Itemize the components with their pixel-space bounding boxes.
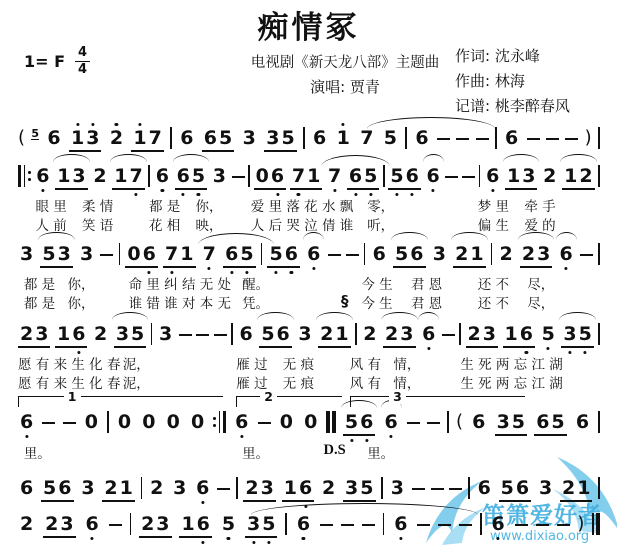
lyric: 雁 过 — [236, 353, 267, 373]
octave-dot-below — [432, 189, 435, 192]
parenthesis: ) — [585, 126, 592, 150]
barline — [364, 243, 366, 265]
note-token: 5 — [382, 126, 399, 150]
duration-dash — [456, 138, 469, 140]
note-token: 23 — [18, 322, 50, 348]
score-system-2: 61321766530671765566613212眼 里柔 情都 是你，爱 里… — [18, 164, 600, 190]
octave-dot-below — [252, 541, 255, 544]
barline — [598, 323, 600, 345]
time-signature-denominator: 4 — [75, 62, 90, 77]
note-token: 23 — [43, 512, 75, 538]
note-token: 2 — [92, 322, 109, 346]
duration-dash — [565, 138, 578, 140]
note-token: 13 — [55, 164, 87, 190]
duration-dash — [320, 524, 333, 526]
note-token: 65 — [534, 410, 566, 436]
note-token: 7 — [326, 164, 343, 188]
note-token: 3 — [157, 322, 174, 346]
note-token: 6 — [45, 126, 62, 150]
barline — [236, 477, 238, 499]
lyric: 你， — [67, 292, 94, 312]
note-token: 3 — [79, 476, 96, 500]
duration-dash — [459, 524, 472, 526]
octave-dot-above — [115, 123, 118, 126]
duration-dash — [580, 254, 593, 256]
barline — [598, 165, 600, 187]
score-system-1: (5613217665335617566) — [18, 126, 600, 152]
note-token: 35 — [495, 410, 527, 436]
barline — [598, 127, 600, 149]
note-token: 21 — [453, 242, 485, 268]
lyric: 生 死 两 忘 江 湖 — [460, 372, 562, 392]
octave-dot-below — [201, 501, 204, 504]
note-token: 35 — [114, 322, 146, 348]
barline — [170, 127, 172, 149]
note-token: 6 — [305, 242, 322, 266]
octave-dot-above — [342, 123, 345, 126]
barline — [383, 165, 385, 187]
note-token: 56 — [388, 164, 420, 190]
note-token: 6 — [476, 476, 493, 500]
note-token: 6 — [233, 410, 250, 434]
duration-dash — [536, 524, 549, 526]
note-token: 23 — [243, 476, 275, 502]
lyric: 君 恩 — [411, 273, 442, 293]
note-token: 6 — [34, 164, 51, 188]
key-time-signature: 1= F 4 4 — [24, 46, 90, 76]
notes-row: 61321766530671765566613212 — [18, 164, 600, 190]
notes-row: 353306717655666563212236 — [18, 242, 600, 268]
note-token: 6 — [383, 410, 400, 434]
note-token: 6 — [154, 164, 171, 188]
duration-dash — [179, 334, 192, 336]
duration-dash — [431, 488, 444, 490]
note-token: 53 — [40, 242, 72, 268]
note-token: 65 — [347, 164, 379, 190]
barline — [148, 165, 150, 187]
octave-dot-below — [312, 267, 315, 270]
octave-dot-below — [565, 267, 568, 270]
note-token: 5 — [220, 512, 237, 536]
volta-number: 2 — [260, 389, 277, 404]
lyric: 醒。 — [242, 273, 269, 293]
barline — [447, 411, 449, 433]
duration-dash — [214, 334, 227, 336]
duration-dash — [407, 422, 420, 424]
note-token: 6 — [295, 512, 312, 536]
lyric: 生 死 两 忘 江 湖 — [460, 353, 562, 373]
lyric: 里。 — [242, 442, 269, 462]
duration-dash — [417, 524, 430, 526]
note-token: 0 — [83, 410, 100, 434]
duration-dash — [412, 488, 425, 490]
lyric: 无 痕 — [283, 353, 314, 373]
lyric: 映， — [196, 214, 223, 234]
double-barline — [326, 411, 335, 433]
lyric: 人 后 哭 泣 倩 谁 — [251, 214, 353, 234]
octave-dot-below — [491, 189, 494, 192]
note-token: 56 — [259, 322, 291, 348]
volta-number: 1 — [64, 389, 81, 404]
note-token: 35 — [264, 126, 296, 152]
octave-dot-below — [497, 537, 500, 540]
duration-dash — [437, 138, 450, 140]
slur-arc — [198, 233, 274, 245]
barline — [491, 243, 493, 265]
note-token: 6 — [371, 242, 388, 266]
note-token: 21 — [102, 476, 134, 502]
octave-dot-below — [240, 435, 243, 438]
notes-row: 22362316535666) — [18, 512, 600, 538]
lyric: 人 前 — [35, 214, 66, 234]
note-token: 06 — [254, 164, 286, 190]
note-token: 2 — [361, 322, 378, 346]
note-token: 6 — [490, 512, 507, 536]
barline — [479, 165, 481, 187]
note-token: 21 — [318, 322, 350, 348]
sheet-music-page: 痴情冢 1= F 4 4 电视剧《新天龙八部》主题曲 演唱: 贾青 作词: 沈永… — [0, 0, 617, 559]
time-signature-numerator: 4 — [75, 46, 90, 62]
barline — [231, 323, 233, 345]
octave-dot-above — [91, 123, 94, 126]
lyric: 里。 — [367, 442, 394, 462]
lyric: 尽， — [527, 292, 554, 312]
lyric: 牵 手 — [524, 195, 555, 215]
note-token: 6 — [558, 242, 575, 266]
octave-dot-below — [390, 435, 393, 438]
octave-dot-below — [25, 435, 28, 438]
lyric: 都 是 — [24, 292, 55, 312]
note-token: 56 — [41, 476, 73, 502]
slur-arc — [251, 503, 478, 515]
octave-dot-below — [333, 189, 336, 192]
note-token: 6 — [413, 126, 430, 150]
lyric: 君 恩 — [411, 292, 442, 312]
lyric: 还 不 — [478, 273, 509, 293]
lyric-row-2: 愿 有 来 生 化 春泥，雁 过无 痕风 有情，生 死 两 忘 江 湖 — [18, 372, 600, 390]
lyricist-credit: 作词: 沈永峰 — [455, 44, 570, 69]
score-system-7: 22362316535666) — [18, 512, 600, 538]
lyric: 偏 生 — [478, 214, 509, 234]
notes-row: 600000600566(635656123 — [18, 410, 600, 436]
notation-credit: 记谱: 桃李醉春风 — [455, 94, 570, 119]
lyric: 今 生 — [361, 292, 392, 312]
note-token: 0 — [278, 410, 295, 434]
duration-dash — [442, 334, 455, 336]
score-system-3: 353306717655666563212236都 是你，命 里 纠 结 无 处… — [18, 242, 600, 268]
barline — [598, 411, 600, 433]
credits-block: 作词: 沈永峰 作曲: 林海 记谱: 桃李醉春风 — [455, 44, 570, 119]
note-token: 21 — [560, 476, 592, 502]
barline — [383, 513, 385, 535]
note-token: 2 — [148, 476, 165, 500]
duration-dash — [438, 524, 451, 526]
lyric: 风 有 — [350, 353, 381, 373]
note-token: 3 — [18, 242, 35, 266]
lyric: 里。 — [24, 442, 51, 462]
octave-dot-below — [399, 537, 402, 540]
note-token: 23 — [139, 512, 171, 538]
note-token: 6 — [484, 164, 501, 188]
note-token: 2 — [320, 476, 337, 500]
lyric: 柔 情 — [82, 195, 113, 215]
lyric: 凭。 — [242, 292, 269, 312]
note-token: 17 — [112, 164, 144, 190]
duration-dash — [63, 422, 76, 424]
parenthesis: ) — [577, 512, 584, 536]
lyric: 还 不 — [478, 292, 509, 312]
note-token: 56 — [499, 476, 531, 502]
note-token: 6 — [392, 512, 409, 536]
repeat-end-barline — [213, 411, 226, 433]
score-system-4: 2316235365632122362316535愿 有 来 生 化 春泥，雁 … — [18, 322, 600, 348]
lyric-row-1: 都 是你，命 里 纠 结 无 处醒。今 生君 恩还 不尽， — [18, 273, 600, 291]
lyric: 梦 里 — [478, 195, 509, 215]
barline — [598, 477, 600, 499]
final-barline — [592, 513, 599, 535]
duration-dash — [449, 488, 462, 490]
barline — [285, 513, 287, 535]
duration-dash — [427, 422, 440, 424]
note-token: 06 — [125, 242, 157, 268]
lyric: 泥， — [123, 372, 150, 392]
duration-dash — [196, 334, 209, 336]
note-token: 3 — [78, 242, 95, 266]
lyric: 无 痕 — [283, 372, 314, 392]
note-token: 6 — [574, 410, 591, 434]
lyric: 爱 的 — [524, 214, 555, 234]
notes-row: 65632123623162353656321 — [18, 476, 600, 502]
note-token: 71 — [163, 242, 195, 268]
lyric: 你， — [67, 273, 94, 293]
octave-dot-below — [267, 541, 270, 544]
note-token: 65 — [223, 242, 255, 268]
note-token: 3 — [211, 164, 228, 188]
barline — [598, 243, 600, 265]
note-token: 2 — [91, 164, 108, 188]
lyric: 零， — [367, 195, 394, 215]
note-token: 23 — [466, 322, 498, 348]
lyric: 今 生 — [361, 273, 392, 293]
lyric: 愿 有 来 生 化 春 — [18, 353, 120, 373]
barline — [151, 323, 153, 345]
note-token: 0 — [165, 410, 182, 434]
duration-dash — [546, 138, 559, 140]
barline — [130, 513, 132, 535]
key-signature: 1= F — [24, 52, 65, 71]
note-token: 2 — [18, 512, 35, 536]
duration-dash — [109, 524, 122, 526]
lyric: 笑 语 — [82, 214, 113, 234]
barline — [261, 243, 263, 265]
lyric: § — [341, 292, 349, 310]
singer-credit: 演唱: 贾青 — [225, 76, 465, 97]
barline — [495, 127, 497, 149]
subtitle: 电视剧《新天龙八部》主题曲 — [225, 51, 465, 72]
note-token: 6 — [194, 476, 211, 500]
barline — [381, 477, 383, 499]
duration-dash — [217, 488, 230, 490]
barline — [468, 477, 470, 499]
barline — [303, 127, 305, 149]
barline — [355, 323, 357, 345]
octave-dot-below — [227, 537, 230, 540]
note-token: 13 — [505, 164, 537, 190]
score-system-6: 65632123623162353656321 — [18, 476, 600, 502]
duration-dash — [258, 422, 271, 424]
note-token: 1 — [335, 126, 352, 150]
note-token: 0 — [116, 410, 133, 434]
lyric: 都 是 — [24, 273, 55, 293]
note-token: 0 — [189, 410, 206, 434]
note-token: 3 — [241, 126, 258, 150]
lyric: 爱 里 落 花 水 飘 — [251, 195, 353, 215]
note-token: 23 — [520, 242, 552, 268]
duration-dash — [232, 176, 245, 178]
duration-dash — [328, 254, 341, 256]
note-token: 13 — [69, 126, 101, 152]
lyric: 风 有 — [350, 372, 381, 392]
note-token: 6 — [178, 126, 195, 150]
note-token: 2 — [498, 242, 515, 266]
duration-dash — [557, 524, 570, 526]
note-token: 6 — [238, 322, 255, 346]
barline — [405, 127, 407, 149]
note-token: 6 — [470, 410, 487, 434]
note-token: 56 — [343, 410, 375, 436]
repeat-start-barline — [18, 165, 31, 187]
duration-dash — [341, 524, 354, 526]
lyric: 尽， — [527, 273, 554, 293]
note-token: 3 — [296, 322, 313, 346]
duration-dash — [462, 176, 475, 178]
lyric: 都 是 — [149, 195, 180, 215]
duration-dash — [476, 138, 489, 140]
note-token: 65 — [202, 126, 234, 152]
duration-dash — [527, 138, 540, 140]
note-token: 3 — [171, 476, 188, 500]
volta-number: 3 — [389, 389, 406, 404]
duration-dash — [346, 254, 359, 256]
note-token: 7 — [358, 126, 375, 150]
octave-dot-below — [91, 537, 94, 540]
note-token: 65 — [175, 164, 207, 190]
duration-dash — [362, 524, 375, 526]
time-signature: 4 4 — [75, 46, 90, 76]
composer-credit: 作曲: 林海 — [455, 69, 570, 94]
note-token: 2 — [541, 164, 558, 188]
lyric: 谁 错 谁 对 本 无 — [129, 292, 231, 312]
note-token: 6 — [420, 322, 437, 346]
note-token: 35 — [343, 476, 375, 502]
note-token: 35 — [245, 512, 277, 538]
note-token: 6 — [84, 512, 101, 536]
duration-dash — [445, 176, 458, 178]
octave-dot-below — [202, 541, 205, 544]
note-token: 16 — [503, 322, 535, 348]
lyric-row-2: 人 前笑 语花 相映，人 后 哭 泣 倩 谁听，偏 生爱 的 — [18, 214, 600, 232]
note-token: 23 — [383, 322, 415, 348]
note-token: 7 — [201, 242, 218, 266]
notes-row: 2316235365632122362316535 — [18, 322, 600, 348]
note-token: 16 — [55, 322, 87, 348]
grace-note: 5 — [31, 128, 39, 140]
lyric: 花 相 — [149, 214, 180, 234]
octave-dot-below — [547, 347, 550, 350]
lyric: 眼 里 — [35, 195, 66, 215]
octave-dot-below — [427, 347, 430, 350]
duration-dash — [100, 254, 113, 256]
note-token: 0 — [140, 410, 157, 434]
duration-dash — [42, 422, 55, 424]
note-token: 12 — [562, 164, 594, 190]
octave-dot-below — [208, 267, 211, 270]
barline — [107, 411, 109, 433]
note-token: 3 — [389, 476, 406, 500]
score-system-5: 600000600566(635656123里。里。D.S里。 — [18, 410, 600, 436]
slur-arc — [321, 155, 391, 167]
note-token: 2 — [108, 126, 125, 150]
lyric: 命 里 纠 结 无 处 — [129, 273, 231, 293]
note-token: 5 — [540, 322, 557, 346]
note-token: 6 — [18, 410, 35, 434]
octave-dot-below — [302, 537, 305, 540]
barline — [141, 477, 143, 499]
note-token: 16 — [179, 512, 211, 538]
lyric: 情， — [393, 353, 420, 373]
duration-dash — [515, 524, 528, 526]
lyric: 你， — [196, 195, 223, 215]
octave-dot-above — [138, 123, 141, 126]
note-token: 56 — [267, 242, 299, 268]
note-token: 35 — [561, 322, 593, 348]
note-token: 6 — [18, 476, 35, 500]
note-token: 6 — [503, 126, 520, 150]
octave-dot-above — [76, 123, 79, 126]
lyric: 泥， — [123, 353, 150, 373]
song-title: 痴情冢 — [0, 2, 617, 47]
barline — [459, 323, 461, 345]
note-token: 6 — [425, 164, 442, 188]
parenthesis: ( — [456, 410, 463, 434]
volta-bracket-2: 2 — [236, 396, 342, 407]
parenthesis: ( — [18, 126, 25, 150]
note-token: 3 — [537, 476, 554, 500]
volta-bracket-3: 3 — [350, 396, 526, 407]
volta-bracket-1: 1 — [18, 396, 223, 407]
note-token: 0 — [302, 410, 319, 434]
notes-row: (5613217665335617566) — [18, 126, 600, 152]
lyric-row-1: 里。里。D.S里。 — [18, 442, 600, 460]
octave-dot-below — [161, 189, 164, 192]
lyric-row-1: 愿 有 来 生 化 春泥，雁 过无 痕风 有情，生 死 两 忘 江 湖 — [18, 353, 600, 371]
note-token: 71 — [290, 164, 322, 190]
lyric-row-2: 都 是你，谁 错 谁 对 本 无凭。§今 生君 恩还 不尽， — [18, 292, 600, 310]
barline — [480, 513, 482, 535]
note-token: 3 — [431, 242, 448, 266]
lyric-row-1: 眼 里柔 情都 是你，爱 里 落 花 水 飘零，梦 里牵 手 — [18, 195, 600, 213]
note-token: 56 — [393, 242, 425, 268]
octave-dot-below — [41, 189, 44, 192]
barline — [248, 165, 250, 187]
lyric: 听， — [367, 214, 394, 234]
note-token: 6 — [311, 126, 328, 150]
barline — [119, 243, 121, 265]
lyric: D.S — [324, 442, 346, 459]
note-token: 16 — [282, 476, 314, 502]
note-token: 17 — [131, 126, 163, 152]
